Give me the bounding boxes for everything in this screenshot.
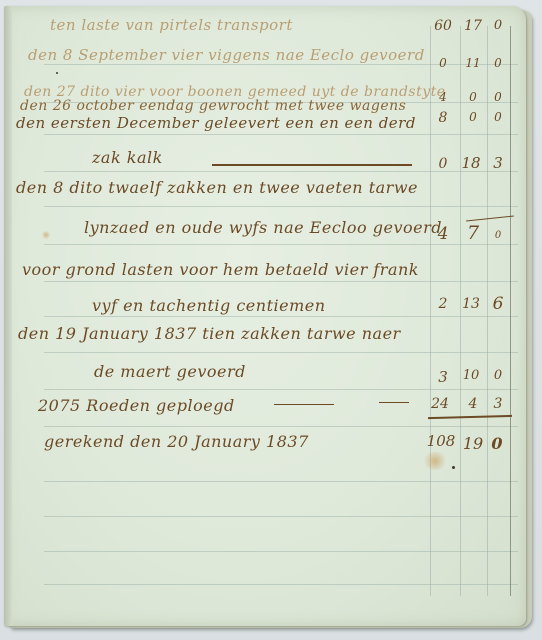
amount-penningen: 0: [487, 110, 509, 124]
total-text: gerekend den 20 January 1837: [44, 432, 309, 451]
ruled-line: [44, 352, 518, 353]
ruled-line: [44, 481, 518, 482]
ink-dot: [56, 72, 58, 74]
ruled-line: [44, 244, 518, 245]
amount-guilders: 60: [430, 18, 456, 34]
amount-stuivers: 11: [460, 56, 486, 70]
ink-dot: [452, 466, 455, 469]
entry-text: lynzaed en oude wyfs nae Eecloo gevoerd: [84, 218, 442, 237]
entry-text: den eersten December geleevert een en ee…: [16, 114, 416, 132]
amount-penningen: 3: [487, 396, 509, 412]
amount-penningen: 0: [487, 90, 509, 104]
filler-stroke: [274, 404, 334, 405]
amount-guilders: 0: [430, 156, 456, 172]
ruled-line: [44, 426, 518, 427]
amount-stuivers: 18: [456, 154, 486, 172]
entry-text: 2075 Roeden geploegd: [38, 396, 235, 415]
ruled-line: [44, 281, 518, 282]
amount-guilders: 8: [430, 110, 456, 126]
ruled-line: [44, 206, 518, 207]
ruled-line: [44, 516, 518, 517]
amount-stuivers: 13: [456, 296, 486, 312]
ruled-line: [44, 134, 518, 135]
amount-guilders: 0: [430, 56, 456, 70]
ruled-line: [44, 551, 518, 552]
ruled-line: [44, 389, 518, 390]
ink-stain: [42, 230, 50, 240]
filler-stroke: [379, 402, 409, 403]
amount-penningen: 0: [487, 18, 509, 33]
ruled-line: [44, 316, 518, 317]
entry-text: den 19 January 1837 tien zakken tarwe na…: [18, 324, 401, 343]
amount-penningen: 0: [487, 230, 509, 241]
ink-stain: [422, 452, 448, 470]
amount-stuivers: 7: [460, 222, 486, 244]
amount-stuivers: 10: [456, 368, 486, 383]
entry-text: vyf en tachentig centiemen: [92, 296, 326, 315]
amount-stuivers: 17: [460, 18, 486, 34]
correction-stroke: [466, 215, 514, 221]
amount-penningen: 6: [487, 294, 509, 314]
page-binding: [4, 6, 12, 626]
total-stuivers: 19: [460, 434, 486, 453]
amount-guilders: 4: [430, 90, 456, 104]
amount-penningen: 0: [487, 368, 509, 383]
ledger-page: ten laste van pirtels transport 60 17 0 …: [4, 6, 526, 626]
total-penningen: 0: [486, 434, 508, 453]
amount-guilders: 2: [430, 296, 456, 312]
amount-guilders: 3: [430, 368, 456, 386]
entry-text: ten laste van pirtels transport: [50, 16, 293, 34]
entry-text: den 26 october eendag gewrocht met twee …: [20, 98, 406, 114]
filler-stroke: [212, 164, 412, 166]
ruled-line: [44, 584, 518, 585]
entry-text: zak kalk: [92, 148, 163, 167]
amount-penningen: 0: [487, 56, 509, 70]
amount-guilders: 24: [424, 396, 456, 412]
amount-stuivers: 0: [460, 90, 486, 104]
amount-penningen: 3: [487, 154, 509, 172]
amount-stuivers: 4: [460, 396, 486, 412]
entry-text: voor grond lasten voor hem betaeld vier …: [22, 260, 419, 279]
total-guilders: 108: [424, 432, 458, 450]
entry-text: de maert gevoerd: [94, 362, 246, 381]
amount-stuivers: 0: [460, 110, 486, 124]
amount-guilders: 4: [430, 224, 456, 244]
column-rule: [510, 26, 511, 596]
entry-text: den 8 dito twaelf zakken en twee vaeten …: [16, 178, 418, 197]
sum-rule: [428, 415, 512, 419]
entry-text: den 8 September vier viggens nae Eeclo g…: [28, 46, 425, 64]
